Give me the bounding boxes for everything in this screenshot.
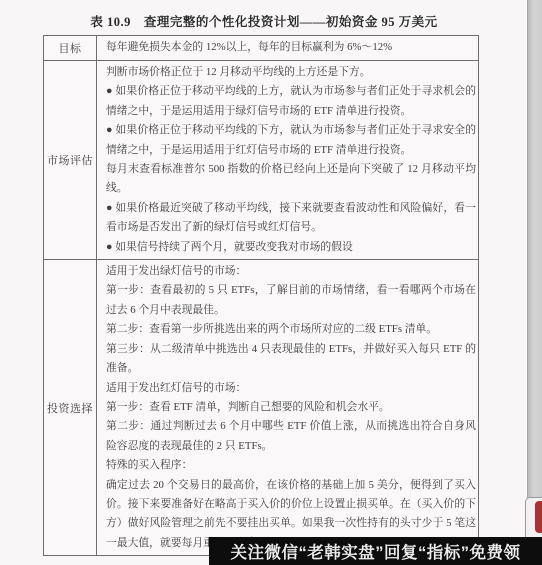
paragraph: 适用于发出红灯信号的市场： [106, 379, 476, 398]
paragraph: 每年避免损失本金的 12%以上，每年的目标赢利为 6%～12% [106, 38, 392, 57]
paragraph: 第一步：查看最初的 5 只 ETFs，了解目前的市场情绪，看一看哪两个市场在过去… [106, 281, 476, 320]
table-row-goal: 目标 每年避免损失本金的 12%以上，每年的目标赢利为 6%～12% [44, 36, 478, 60]
paragraph: 第二步：查看第一步所挑选出来的两个市场所对应的二级 ETFs 清单。 [106, 320, 476, 339]
row-label-goal: 目标 [44, 36, 97, 60]
red-badge[interactable] [535, 501, 542, 533]
paragraph: 第一步：查看 ETF 清单，判断自己想要的风险和机会水平。 [106, 398, 476, 417]
promo-banner[interactable]: 关注微信“老韩实盘”回复“指标”免费领 [209, 537, 542, 565]
paragraph: 第二步：通过判断过去 6 个月中哪些 ETF 价值上涨，从而挑选出符合自身风险容… [106, 417, 476, 456]
table-row-investment-selection: 投资选择 适用于发出绿灯信号的市场：第一步：查看最初的 5 只 ETFs，了解目… [44, 259, 478, 555]
scanned-book-page: 表 10.9 查理完整的个性化投资计划——初始资金 95 万美元 目标 每年避免… [0, 0, 542, 565]
page-title: 表 10.9 查理完整的个性化投资计划——初始资金 95 万美元 [0, 12, 528, 30]
paragraph: 每月末查看标准普尔 500 指数的价格已经向上还是向下突破了 12 月移动平均线… [106, 160, 476, 199]
scrollbar-track[interactable] [527, 0, 542, 565]
row-label-investment-selection: 投资选择 [44, 260, 97, 555]
row-content-investment-selection: 适用于发出绿灯信号的市场：第一步：查看最初的 5 只 ETFs，了解目前的市场情… [97, 260, 478, 555]
paragraph: ● 如果价格正位于移动平均线的下方，就认为市场参与者们正处于寻求安全的情绪之中，… [106, 121, 476, 160]
paragraph: 判断市场价格正位于 12 月移动平均线的上方还是下方。 [106, 63, 476, 82]
row-label-market-evaluation: 市场评估 [44, 61, 97, 259]
paragraph: 适用于发出绿灯信号的市场： [106, 262, 476, 281]
paragraph: ● 如果信号持续了两个月，就要改变我对市场的假设 [106, 238, 476, 257]
paragraph: 第三步：从二级清单中挑选出 4 只表现最佳的 ETFs，并做好买入每只 ETF … [106, 340, 476, 379]
paragraph: 特殊的买入程序： [106, 456, 476, 475]
paragraph: ● 如果价格正位于移动平均线的上方，就认为市场参与者们正处于寻求机会的情绪之中，… [106, 82, 476, 121]
investment-plan-table: 目标 每年避免损失本金的 12%以上，每年的目标赢利为 6%～12% 市场评估 … [43, 35, 479, 556]
row-content-goal: 每年避免损失本金的 12%以上，每年的目标赢利为 6%～12% [97, 36, 478, 60]
row-content-market-evaluation: 判断市场价格正位于 12 月移动平均线的上方还是下方。● 如果价格正位于移动平均… [97, 61, 478, 259]
table-row-market-evaluation: 市场评估 判断市场价格正位于 12 月移动平均线的上方还是下方。● 如果价格正位… [44, 60, 478, 259]
paragraph: ● 如果价格最近突破了移动平均线，接下来就要查看波动性和风险偏好，看一看市场是否… [106, 199, 476, 238]
